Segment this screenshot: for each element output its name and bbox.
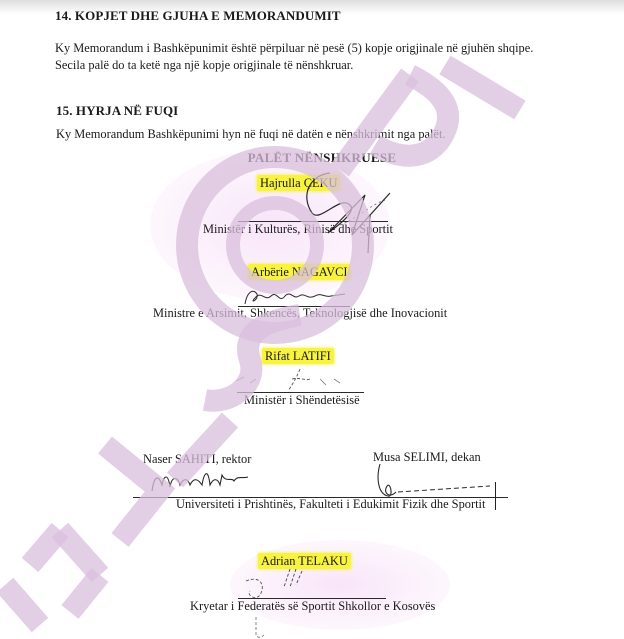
signatory-name-text: Rifat LATIFI: [262, 348, 334, 364]
signatory-title-telaku: Kryetar i Federatës së Sportit Shkollor …: [190, 599, 435, 614]
signature-latifi: [230, 365, 360, 395]
signatory-title-latifi: Ministër i Shëndetësisë: [244, 393, 360, 408]
signatory-name-telaku: Adrian TELAKU: [258, 554, 351, 569]
section-15-line-1: Ky Memorandum Bashkëpunimi hyn në fuqi n…: [56, 126, 446, 143]
signatory-name-nagavci: Arbërie NAGAVCI: [248, 265, 350, 280]
signatory-name-text: Adrian TELAKU: [258, 553, 351, 569]
document-page: 14. KOPJET DHE GJUHA E MEMORANDUMIT Ky M…: [0, 0, 624, 639]
signatory-title-ceku: Ministër i Kulturës, Rinisë dhe Sportit: [203, 222, 393, 237]
signatory-title-nagavci: Ministre e Arsimit, Shkencës, Teknologji…: [153, 306, 447, 321]
bracket-mark: [495, 482, 496, 510]
signatory-name-latifi: Rifat LATIFI: [262, 349, 334, 364]
signature-sahiti: [148, 463, 268, 498]
signatory-name-selimi: Musa SELIMI, dekan: [373, 450, 481, 465]
signatory-name-ceku: Hajrulla ÇEKU: [257, 176, 340, 191]
signatory-name-text: Hajrulla ÇEKU: [257, 175, 340, 191]
signatory-name-text: Arbërie NAGAVCI: [248, 264, 350, 280]
section-14-line-2: Secila palë do ta ketë nga një kopje ori…: [55, 57, 353, 74]
signatory-name-sahiti: Naser SAHITI, rektor: [143, 452, 251, 467]
shared-title-university: Universiteti i Prishtinës, Fakulteti i E…: [176, 497, 485, 512]
section-14-line-1: Ky Memorandum i Bashkëpunimit është përp…: [55, 40, 533, 57]
signatories-title: PALËT NËNSHKRUESE: [0, 150, 624, 166]
section-14-heading: 14. KOPJET DHE GJUHA E MEMORANDUMIT: [55, 8, 341, 24]
section-15-heading: 15. HYRJA NË FUQI: [56, 103, 178, 119]
